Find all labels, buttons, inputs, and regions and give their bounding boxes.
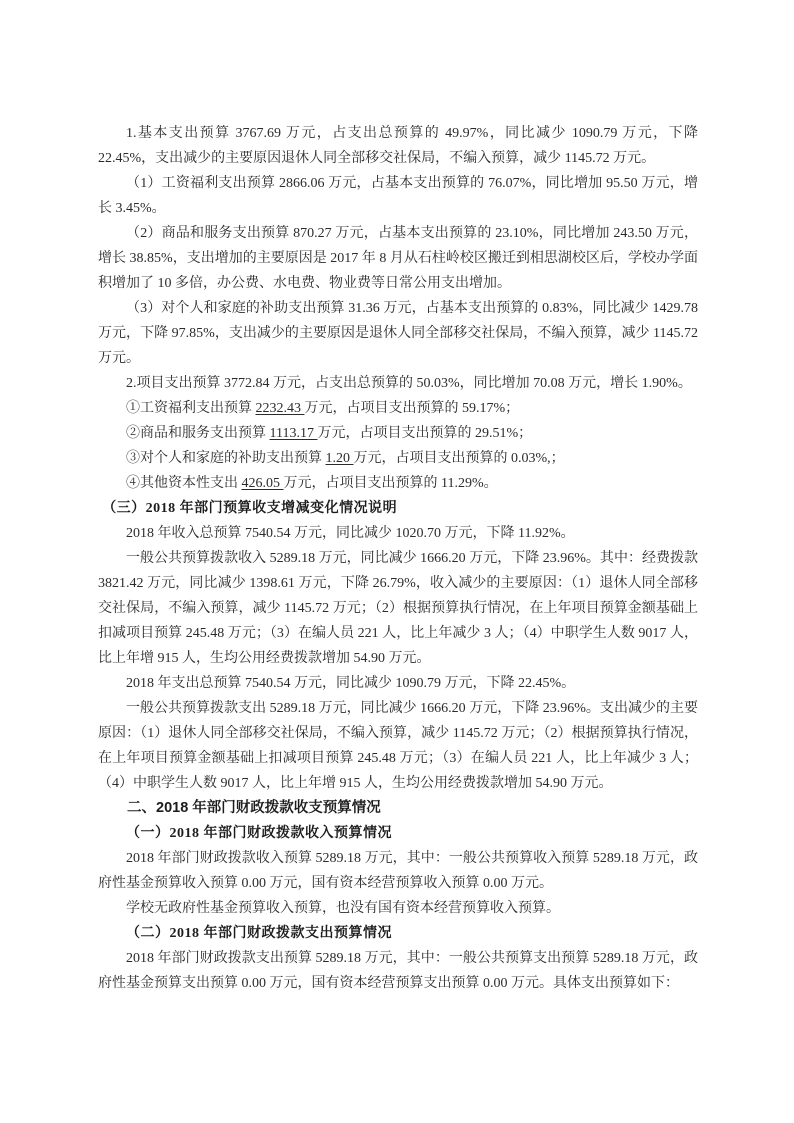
document-page: 1.基本支出预算 3767.69 万元，占支出总预算的 49.97%，同比减少 …: [0, 0, 794, 1123]
underlined-value: 426.05: [242, 476, 284, 491]
paragraph-total-income: 2018 年收入总预算 7540.54 万元，同比减少 1020.70 万元，下…: [98, 521, 698, 546]
list-item-text: ③对个人和家庭的补助支出预算: [126, 451, 326, 466]
paragraph-public-budget-expenditure: 一般公共预算拨款支出 5289.18 万元，同比减少 1666.20 万元，下降…: [98, 696, 698, 796]
list-item-text: 万元，占项目支出预算的 29.51%；: [317, 426, 532, 441]
heading-expenditure-budget: （二）2018 年部门财政拨款支出预算情况: [98, 921, 698, 946]
list-item-capital-expenditure: ④其他资本性支出 426.05 万元，占项目支出预算的 11.29%。: [98, 471, 698, 496]
list-item-text: 万元，占项目支出预算的 59.17%；: [305, 401, 520, 416]
list-item-text: 万元，占项目支出预算的 0.03%,；: [354, 451, 565, 466]
document-body: 1.基本支出预算 3767.69 万元，占支出总预算的 49.97%，同比减少 …: [98, 121, 698, 996]
paragraph-total-expenditure: 2018 年支出总预算 7540.54 万元，同比减少 1090.79 万元，下…: [98, 671, 698, 696]
paragraph-salary-welfare: （1）工资福利支出预算 2866.06 万元，占基本支出预算的 76.07%，同…: [98, 171, 698, 221]
list-item-goods-services: ②商品和服务支出预算 1113.17 万元，占项目支出预算的 29.51%；: [98, 421, 698, 446]
underlined-value: 1113.17: [270, 426, 318, 441]
list-item-subsidy: ③对个人和家庭的补助支出预算 1.20 万元，占项目支出预算的 0.03%,；: [98, 446, 698, 471]
heading-budget-changes: （三）2018 年部门预算收支增减变化情况说明: [98, 496, 698, 521]
heading-income-budget: （一）2018 年部门财政拨款收入预算情况: [98, 821, 698, 846]
paragraph-appropriation-income: 2018 年部门财政拨款收入预算 5289.18 万元，其中：一般公共预算收入预…: [98, 846, 698, 896]
heading-fiscal-appropriation: 二、2018 年部门财政拨款收支预算情况: [98, 796, 698, 821]
paragraph-appropriation-expenditure: 2018 年部门财政拨款支出预算 5289.18 万元，其中：一般公共预算支出预…: [98, 946, 698, 996]
paragraph-no-gov-fund: 学校无政府性基金预算收入预算，也没有国有资本经营预算收入预算。: [98, 896, 698, 921]
list-item-text: ②商品和服务支出预算: [126, 426, 270, 441]
paragraph-basic-expenditure: 1.基本支出预算 3767.69 万元，占支出总预算的 49.97%，同比减少 …: [98, 121, 698, 171]
paragraph-public-budget-income: 一般公共预算拨款收入 5289.18 万元，同比减少 1666.20 万元，下降…: [98, 546, 698, 671]
list-item-text: 万元，占项目支出预算的 11.29%。: [284, 476, 498, 491]
list-item-text: ①工资福利支出预算: [126, 401, 256, 416]
underlined-value: 1.20: [326, 451, 354, 466]
list-item-text: ④其他资本性支出: [126, 476, 242, 491]
paragraph-project-expenditure: 2.项目支出预算 3772.84 万元，占支出总预算的 50.03%，同比增加 …: [98, 371, 698, 396]
list-item-salary-welfare: ①工资福利支出预算 2232.43 万元，占项目支出预算的 59.17%；: [98, 396, 698, 421]
paragraph-individual-family-subsidy: （3）对个人和家庭的补助支出预算 31.36 万元，占基本支出预算的 0.83%…: [98, 296, 698, 371]
underlined-value: 2232.43: [256, 401, 305, 416]
paragraph-goods-services: （2）商品和服务支出预算 870.27 万元，占基本支出预算的 23.10%，同…: [98, 221, 698, 296]
